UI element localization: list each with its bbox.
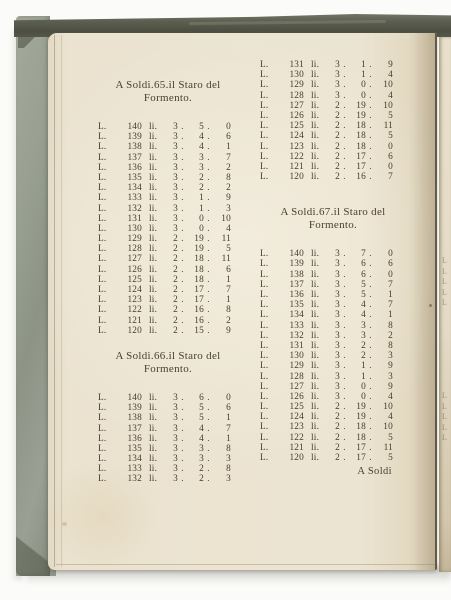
table-row: L.124li.2.18.5 xyxy=(260,131,406,141)
price-lire-amount: 137 xyxy=(276,280,306,290)
separator-dot: . xyxy=(366,361,375,371)
lire-unit-label: li. xyxy=(306,121,330,131)
value-denari: 4 xyxy=(375,412,393,422)
table-row: L.140li.3.5.0 xyxy=(98,122,238,132)
separator-dot: . xyxy=(178,403,187,413)
separator-dot: . xyxy=(204,474,213,484)
row-prefix-label: L. xyxy=(260,361,276,371)
value-soldi: 6 xyxy=(349,270,366,280)
value-soldi: 16 xyxy=(349,172,366,182)
table-row: L.128li.2.19.5 xyxy=(98,244,238,254)
lire-unit-label: li. xyxy=(306,131,330,141)
price-lire-amount: 126 xyxy=(276,111,306,121)
price-lire-amount: 139 xyxy=(114,403,144,413)
value-lire: 3 xyxy=(168,454,178,464)
value-lire: 2 xyxy=(168,254,178,264)
value-denari: 2 xyxy=(213,183,231,193)
lire-unit-label: li. xyxy=(144,132,168,142)
separator-dot: . xyxy=(178,204,187,214)
value-lire: 3 xyxy=(330,280,340,290)
lire-unit-label: li. xyxy=(306,433,330,443)
lire-unit-label: li. xyxy=(144,424,168,434)
value-soldi: 19 xyxy=(349,101,366,111)
value-denari: 8 xyxy=(375,341,393,351)
separator-dot: . xyxy=(340,249,349,259)
row-prefix-label: L. xyxy=(98,393,114,403)
price-lire-amount: 125 xyxy=(276,121,306,131)
price-lire-amount: 138 xyxy=(114,413,144,423)
lire-unit-label: li. xyxy=(144,163,168,173)
separator-dot: . xyxy=(204,316,213,326)
row-prefix-label: L. xyxy=(98,204,114,214)
value-lire: 2 xyxy=(330,402,340,412)
value-denari: 1 xyxy=(213,275,231,285)
value-denari: 8 xyxy=(375,321,393,331)
separator-dot: . xyxy=(204,403,213,413)
lire-unit-label: li. xyxy=(144,224,168,234)
value-lire: 2 xyxy=(168,244,178,254)
row-prefix-label: L. xyxy=(260,443,276,453)
lire-unit-label: li. xyxy=(306,351,330,361)
value-lire: 3 xyxy=(168,132,178,142)
lire-unit-label: li. xyxy=(306,249,330,259)
value-denari: 4 xyxy=(213,224,231,234)
value-denari: 1 xyxy=(375,310,393,320)
lire-unit-label: li. xyxy=(306,290,330,300)
lire-unit-label: li. xyxy=(144,234,168,244)
separator-dot: . xyxy=(366,280,375,290)
value-soldi: 6 xyxy=(187,393,204,403)
value-soldi: 5 xyxy=(349,290,366,300)
separator-dot: . xyxy=(204,122,213,132)
value-denari: 7 xyxy=(213,153,231,163)
row-prefix-label: L. xyxy=(98,173,114,183)
row-prefix-label: L. xyxy=(260,422,276,432)
lire-unit-label: li. xyxy=(144,254,168,264)
value-denari: 9 xyxy=(375,361,393,371)
table-row: L.128li.3.0.4 xyxy=(260,91,406,101)
separator-dot: . xyxy=(204,444,213,454)
separator-dot: . xyxy=(366,162,375,172)
next-page-text-fragment: L xyxy=(442,289,447,297)
value-lire: 3 xyxy=(168,464,178,474)
table-row: L.129li.2.19.11 xyxy=(98,234,238,244)
value-lire: 3 xyxy=(168,474,178,484)
separator-dot: . xyxy=(366,290,375,300)
value-soldi: 2 xyxy=(349,351,366,361)
lire-unit-label: li. xyxy=(144,183,168,193)
separator-dot: . xyxy=(178,214,187,224)
lire-unit-label: li. xyxy=(306,259,330,269)
lire-unit-label: li. xyxy=(306,300,330,310)
next-page-text-fragment: L xyxy=(442,413,447,421)
table-row: L.138li.3.4.1 xyxy=(98,142,238,152)
table-row: L.121li.2.17.0 xyxy=(260,162,406,172)
value-lire: 3 xyxy=(168,444,178,454)
value-denari: 8 xyxy=(213,464,231,474)
table-row: L.132li.3.2.3 xyxy=(98,474,238,484)
table-row: L.121li.2.17.11 xyxy=(260,443,406,453)
row-prefix-label: L. xyxy=(260,60,276,70)
row-prefix-label: L. xyxy=(260,402,276,412)
value-denari: 9 xyxy=(375,60,393,70)
lire-unit-label: li. xyxy=(306,152,330,162)
value-denari: 7 xyxy=(213,424,231,434)
value-soldi: 18 xyxy=(187,254,204,264)
table-row: L.136li.3.4.1 xyxy=(98,434,238,444)
separator-dot: . xyxy=(340,310,349,320)
row-prefix-label: L. xyxy=(98,183,114,193)
separator-dot: . xyxy=(204,265,213,275)
price-lire-amount: 124 xyxy=(276,412,306,422)
value-denari: 9 xyxy=(213,326,231,336)
lire-unit-label: li. xyxy=(144,193,168,203)
section-heading-line2: Formento. xyxy=(98,363,238,376)
separator-dot: . xyxy=(340,270,349,280)
value-lire: 3 xyxy=(168,214,178,224)
price-lire-amount: 131 xyxy=(114,214,144,224)
value-soldi: 17 xyxy=(349,443,366,453)
value-soldi: 4 xyxy=(349,310,366,320)
separator-dot: . xyxy=(178,244,187,254)
table-row: L.122li.2.18.5 xyxy=(260,433,406,443)
value-soldi: 0 xyxy=(187,224,204,234)
section-heading-line1: A Soldi.67.il Staro del xyxy=(260,206,406,219)
row-prefix-label: L. xyxy=(98,234,114,244)
price-lire-amount: 123 xyxy=(114,295,144,305)
price-lire-amount: 126 xyxy=(276,392,306,402)
value-soldi: 6 xyxy=(349,259,366,269)
separator-dot: . xyxy=(366,111,375,121)
value-denari: 2 xyxy=(375,331,393,341)
value-lire: 2 xyxy=(330,111,340,121)
price-lire-amount: 124 xyxy=(276,131,306,141)
price-lire-amount: 137 xyxy=(114,424,144,434)
separator-dot: . xyxy=(340,131,349,141)
lire-unit-label: li. xyxy=(306,392,330,402)
row-prefix-label: L. xyxy=(98,254,114,264)
value-denari: 10 xyxy=(375,80,393,90)
row-prefix-label: L. xyxy=(260,80,276,90)
value-lire: 3 xyxy=(168,193,178,203)
value-soldi: 4 xyxy=(187,142,204,152)
separator-dot: . xyxy=(178,142,187,152)
price-lire-amount: 138 xyxy=(114,142,144,152)
separator-dot: . xyxy=(340,290,349,300)
value-soldi: 19 xyxy=(349,412,366,422)
separator-dot: . xyxy=(366,453,375,463)
table-row: L.127li.2.19.10 xyxy=(260,101,406,111)
lire-unit-label: li. xyxy=(144,204,168,214)
table-row: L.124li.2.17.7 xyxy=(98,285,238,295)
row-prefix-label: L. xyxy=(98,295,114,305)
row-prefix-label: L. xyxy=(260,111,276,121)
value-soldi: 0 xyxy=(349,91,366,101)
separator-dot: . xyxy=(340,382,349,392)
value-soldi: 16 xyxy=(187,305,204,315)
row-prefix-label: L. xyxy=(98,424,114,434)
value-soldi: 5 xyxy=(187,413,204,423)
value-lire: 2 xyxy=(330,101,340,111)
lire-unit-label: li. xyxy=(144,265,168,275)
separator-dot: . xyxy=(204,424,213,434)
row-prefix-label: L. xyxy=(98,142,114,152)
table-row: L.135li.3.4.7 xyxy=(260,300,406,310)
value-soldi: 4 xyxy=(349,300,366,310)
price-lire-amount: 121 xyxy=(114,316,144,326)
value-denari: 11 xyxy=(375,121,393,131)
separator-dot: . xyxy=(204,142,213,152)
lire-unit-label: li. xyxy=(306,70,330,80)
price-lire-amount: 140 xyxy=(114,393,144,403)
value-soldi: 1 xyxy=(349,70,366,80)
separator-dot: . xyxy=(366,172,375,182)
row-prefix-label: L. xyxy=(260,310,276,320)
value-denari: 1 xyxy=(213,295,231,305)
price-lire-amount: 133 xyxy=(114,464,144,474)
table-row: L.137li.3.3.7 xyxy=(98,153,238,163)
lire-unit-label: li. xyxy=(144,474,168,484)
lire-unit-label: li. xyxy=(144,305,168,315)
value-lire: 3 xyxy=(330,249,340,259)
separator-dot: . xyxy=(366,422,375,432)
value-denari: 0 xyxy=(375,162,393,172)
row-prefix-label: L. xyxy=(260,142,276,152)
separator-dot: . xyxy=(340,142,349,152)
value-lire: 3 xyxy=(168,424,178,434)
lire-unit-label: li. xyxy=(306,443,330,453)
table-row: L.133li.3.1.9 xyxy=(98,193,238,203)
price-lire-amount: 136 xyxy=(114,163,144,173)
row-prefix-label: L. xyxy=(260,70,276,80)
value-denari: 4 xyxy=(375,392,393,402)
price-lire-amount: 133 xyxy=(114,193,144,203)
table-row: L.134li.3.4.1 xyxy=(260,310,406,320)
lire-unit-label: li. xyxy=(306,341,330,351)
lire-unit-label: li. xyxy=(144,434,168,444)
table-row: L.130li.3.1.4 xyxy=(260,70,406,80)
value-lire: 2 xyxy=(330,152,340,162)
lire-unit-label: li. xyxy=(144,403,168,413)
value-soldi: 0 xyxy=(349,392,366,402)
section-heading-line2: Formento. xyxy=(260,219,406,232)
value-denari: 6 xyxy=(213,132,231,142)
lire-unit-label: li. xyxy=(144,295,168,305)
table-row: L.123li.2.18.10 xyxy=(260,422,406,432)
value-denari: 6 xyxy=(375,152,393,162)
price-lire-amount: 140 xyxy=(276,249,306,259)
value-lire: 2 xyxy=(330,412,340,422)
row-prefix-label: L. xyxy=(98,214,114,224)
value-lire: 3 xyxy=(330,290,340,300)
book-cover-left-edge xyxy=(16,16,50,576)
value-lire: 2 xyxy=(168,305,178,315)
value-soldi: 0 xyxy=(187,214,204,224)
lire-unit-label: li. xyxy=(306,80,330,90)
value-lire: 2 xyxy=(330,162,340,172)
price-lire-amount: 120 xyxy=(276,172,306,182)
value-soldi: 18 xyxy=(349,121,366,131)
price-lire-amount: 120 xyxy=(276,453,306,463)
value-lire: 2 xyxy=(330,433,340,443)
value-soldi: 18 xyxy=(187,275,204,285)
value-lire: 3 xyxy=(330,361,340,371)
price-lire-amount: 136 xyxy=(276,290,306,300)
value-soldi: 17 xyxy=(349,162,366,172)
separator-dot: . xyxy=(366,443,375,453)
table-row: L.125li.2.18.1 xyxy=(98,275,238,285)
section-heading: A Soldi.65.il Staro delFormento. xyxy=(98,79,238,105)
separator-dot: . xyxy=(204,275,213,285)
separator-dot: . xyxy=(340,111,349,121)
row-prefix-label: L. xyxy=(260,372,276,382)
next-page-text-fragment: L xyxy=(442,424,447,432)
price-lire-amount: 132 xyxy=(114,204,144,214)
separator-dot: . xyxy=(366,412,375,422)
separator-dot: . xyxy=(178,393,187,403)
separator-dot: . xyxy=(366,433,375,443)
separator-dot: . xyxy=(178,424,187,434)
value-lire: 2 xyxy=(168,326,178,336)
value-lire: 3 xyxy=(330,351,340,361)
lire-unit-label: li. xyxy=(144,142,168,152)
separator-dot: . xyxy=(340,443,349,453)
row-prefix-label: L. xyxy=(260,162,276,172)
catchword: A Soldi xyxy=(260,466,406,477)
value-denari: 3 xyxy=(213,204,231,214)
row-prefix-label: L. xyxy=(260,152,276,162)
lire-unit-label: li. xyxy=(144,275,168,285)
lire-unit-label: li. xyxy=(306,162,330,172)
table-row: L.125li.2.19.10 xyxy=(260,402,406,412)
value-denari: 5 xyxy=(375,453,393,463)
value-denari: 8 xyxy=(213,173,231,183)
value-soldi: 7 xyxy=(349,249,366,259)
text-column-right: L.131li.3.1.9L.130li.3.1.4L.129li.3.0.10… xyxy=(260,60,406,477)
separator-dot: . xyxy=(178,254,187,264)
value-soldi: 5 xyxy=(349,280,366,290)
value-denari: 5 xyxy=(375,131,393,141)
row-prefix-label: L. xyxy=(98,224,114,234)
value-lire: 2 xyxy=(168,275,178,285)
row-prefix-label: L. xyxy=(260,172,276,182)
table-row: L.137li.3.5.7 xyxy=(260,280,406,290)
value-denari: 3 xyxy=(375,351,393,361)
table-row: L.120li.2.17.5 xyxy=(260,453,406,463)
table-row: L.128li.3.1.3 xyxy=(260,372,406,382)
separator-dot: . xyxy=(366,372,375,382)
separator-dot: . xyxy=(340,91,349,101)
price-lire-amount: 128 xyxy=(276,372,306,382)
next-page-text-fragment: L xyxy=(442,268,447,276)
separator-dot: . xyxy=(178,183,187,193)
value-denari: 0 xyxy=(375,270,393,280)
separator-dot: . xyxy=(366,142,375,152)
price-lire-amount: 128 xyxy=(114,244,144,254)
price-lire-amount: 122 xyxy=(276,152,306,162)
table-row: L.124li.2.19.4 xyxy=(260,412,406,422)
value-soldi: 3 xyxy=(187,153,204,163)
row-prefix-label: L. xyxy=(260,91,276,101)
lire-unit-label: li. xyxy=(306,91,330,101)
row-prefix-label: L. xyxy=(98,153,114,163)
table-row: L.129li.3.0.10 xyxy=(260,80,406,90)
price-lire-amount: 129 xyxy=(276,80,306,90)
row-prefix-label: L. xyxy=(98,275,114,285)
separator-dot: . xyxy=(340,453,349,463)
separator-dot: . xyxy=(366,91,375,101)
price-lire-amount: 135 xyxy=(114,444,144,454)
value-denari: 5 xyxy=(213,244,231,254)
value-denari: 1 xyxy=(213,413,231,423)
separator-dot: . xyxy=(366,60,375,70)
separator-dot: . xyxy=(204,224,213,234)
table-row: L.126li.2.19.5 xyxy=(260,111,406,121)
price-lire-amount: 126 xyxy=(114,265,144,275)
lire-unit-label: li. xyxy=(306,172,330,182)
value-lire: 3 xyxy=(168,173,178,183)
value-soldi: 4 xyxy=(187,132,204,142)
value-denari: 0 xyxy=(213,122,231,132)
separator-dot: . xyxy=(340,392,349,402)
value-lire: 2 xyxy=(330,121,340,131)
value-soldi: 19 xyxy=(187,234,204,244)
value-lire: 2 xyxy=(330,131,340,141)
row-prefix-label: L. xyxy=(98,444,114,454)
separator-dot: . xyxy=(366,321,375,331)
value-lire: 3 xyxy=(330,259,340,269)
separator-dot: . xyxy=(340,300,349,310)
separator-dot: . xyxy=(366,402,375,412)
value-soldi: 18 xyxy=(349,422,366,432)
price-lire-amount: 123 xyxy=(276,422,306,432)
separator-dot: . xyxy=(178,275,187,285)
next-page-text-fragment: L xyxy=(442,257,447,265)
next-page-text-fragment: L xyxy=(442,278,447,286)
table-row: L.127li.2.18.11 xyxy=(98,254,238,264)
price-lire-amount: 135 xyxy=(276,300,306,310)
separator-dot: . xyxy=(178,474,187,484)
value-lire: 2 xyxy=(168,285,178,295)
lire-unit-label: li. xyxy=(306,60,330,70)
row-prefix-label: L. xyxy=(98,464,114,474)
value-soldi: 5 xyxy=(187,122,204,132)
separator-dot: . xyxy=(178,122,187,132)
value-lire: 3 xyxy=(330,60,340,70)
price-lire-amount: 134 xyxy=(276,310,306,320)
value-denari: 11 xyxy=(213,254,231,264)
value-denari: 2 xyxy=(213,316,231,326)
value-soldi: 1 xyxy=(187,204,204,214)
value-soldi: 3 xyxy=(187,454,204,464)
page-stack-edge-lines xyxy=(54,35,62,567)
lire-unit-label: li. xyxy=(144,285,168,295)
lire-unit-label: li. xyxy=(144,326,168,336)
value-lire: 3 xyxy=(330,331,340,341)
value-lire: 2 xyxy=(330,142,340,152)
separator-dot: . xyxy=(178,434,187,444)
separator-dot: . xyxy=(340,101,349,111)
separator-dot: . xyxy=(178,265,187,275)
table-row: L.130li.3.0.4 xyxy=(98,224,238,234)
separator-dot: . xyxy=(366,310,375,320)
row-prefix-label: L. xyxy=(260,121,276,131)
table-row: L.126li.2.18.6 xyxy=(98,265,238,275)
value-soldi: 3 xyxy=(349,321,366,331)
value-soldi: 2 xyxy=(187,183,204,193)
value-soldi: 3 xyxy=(349,331,366,341)
price-lire-amount: 133 xyxy=(276,321,306,331)
